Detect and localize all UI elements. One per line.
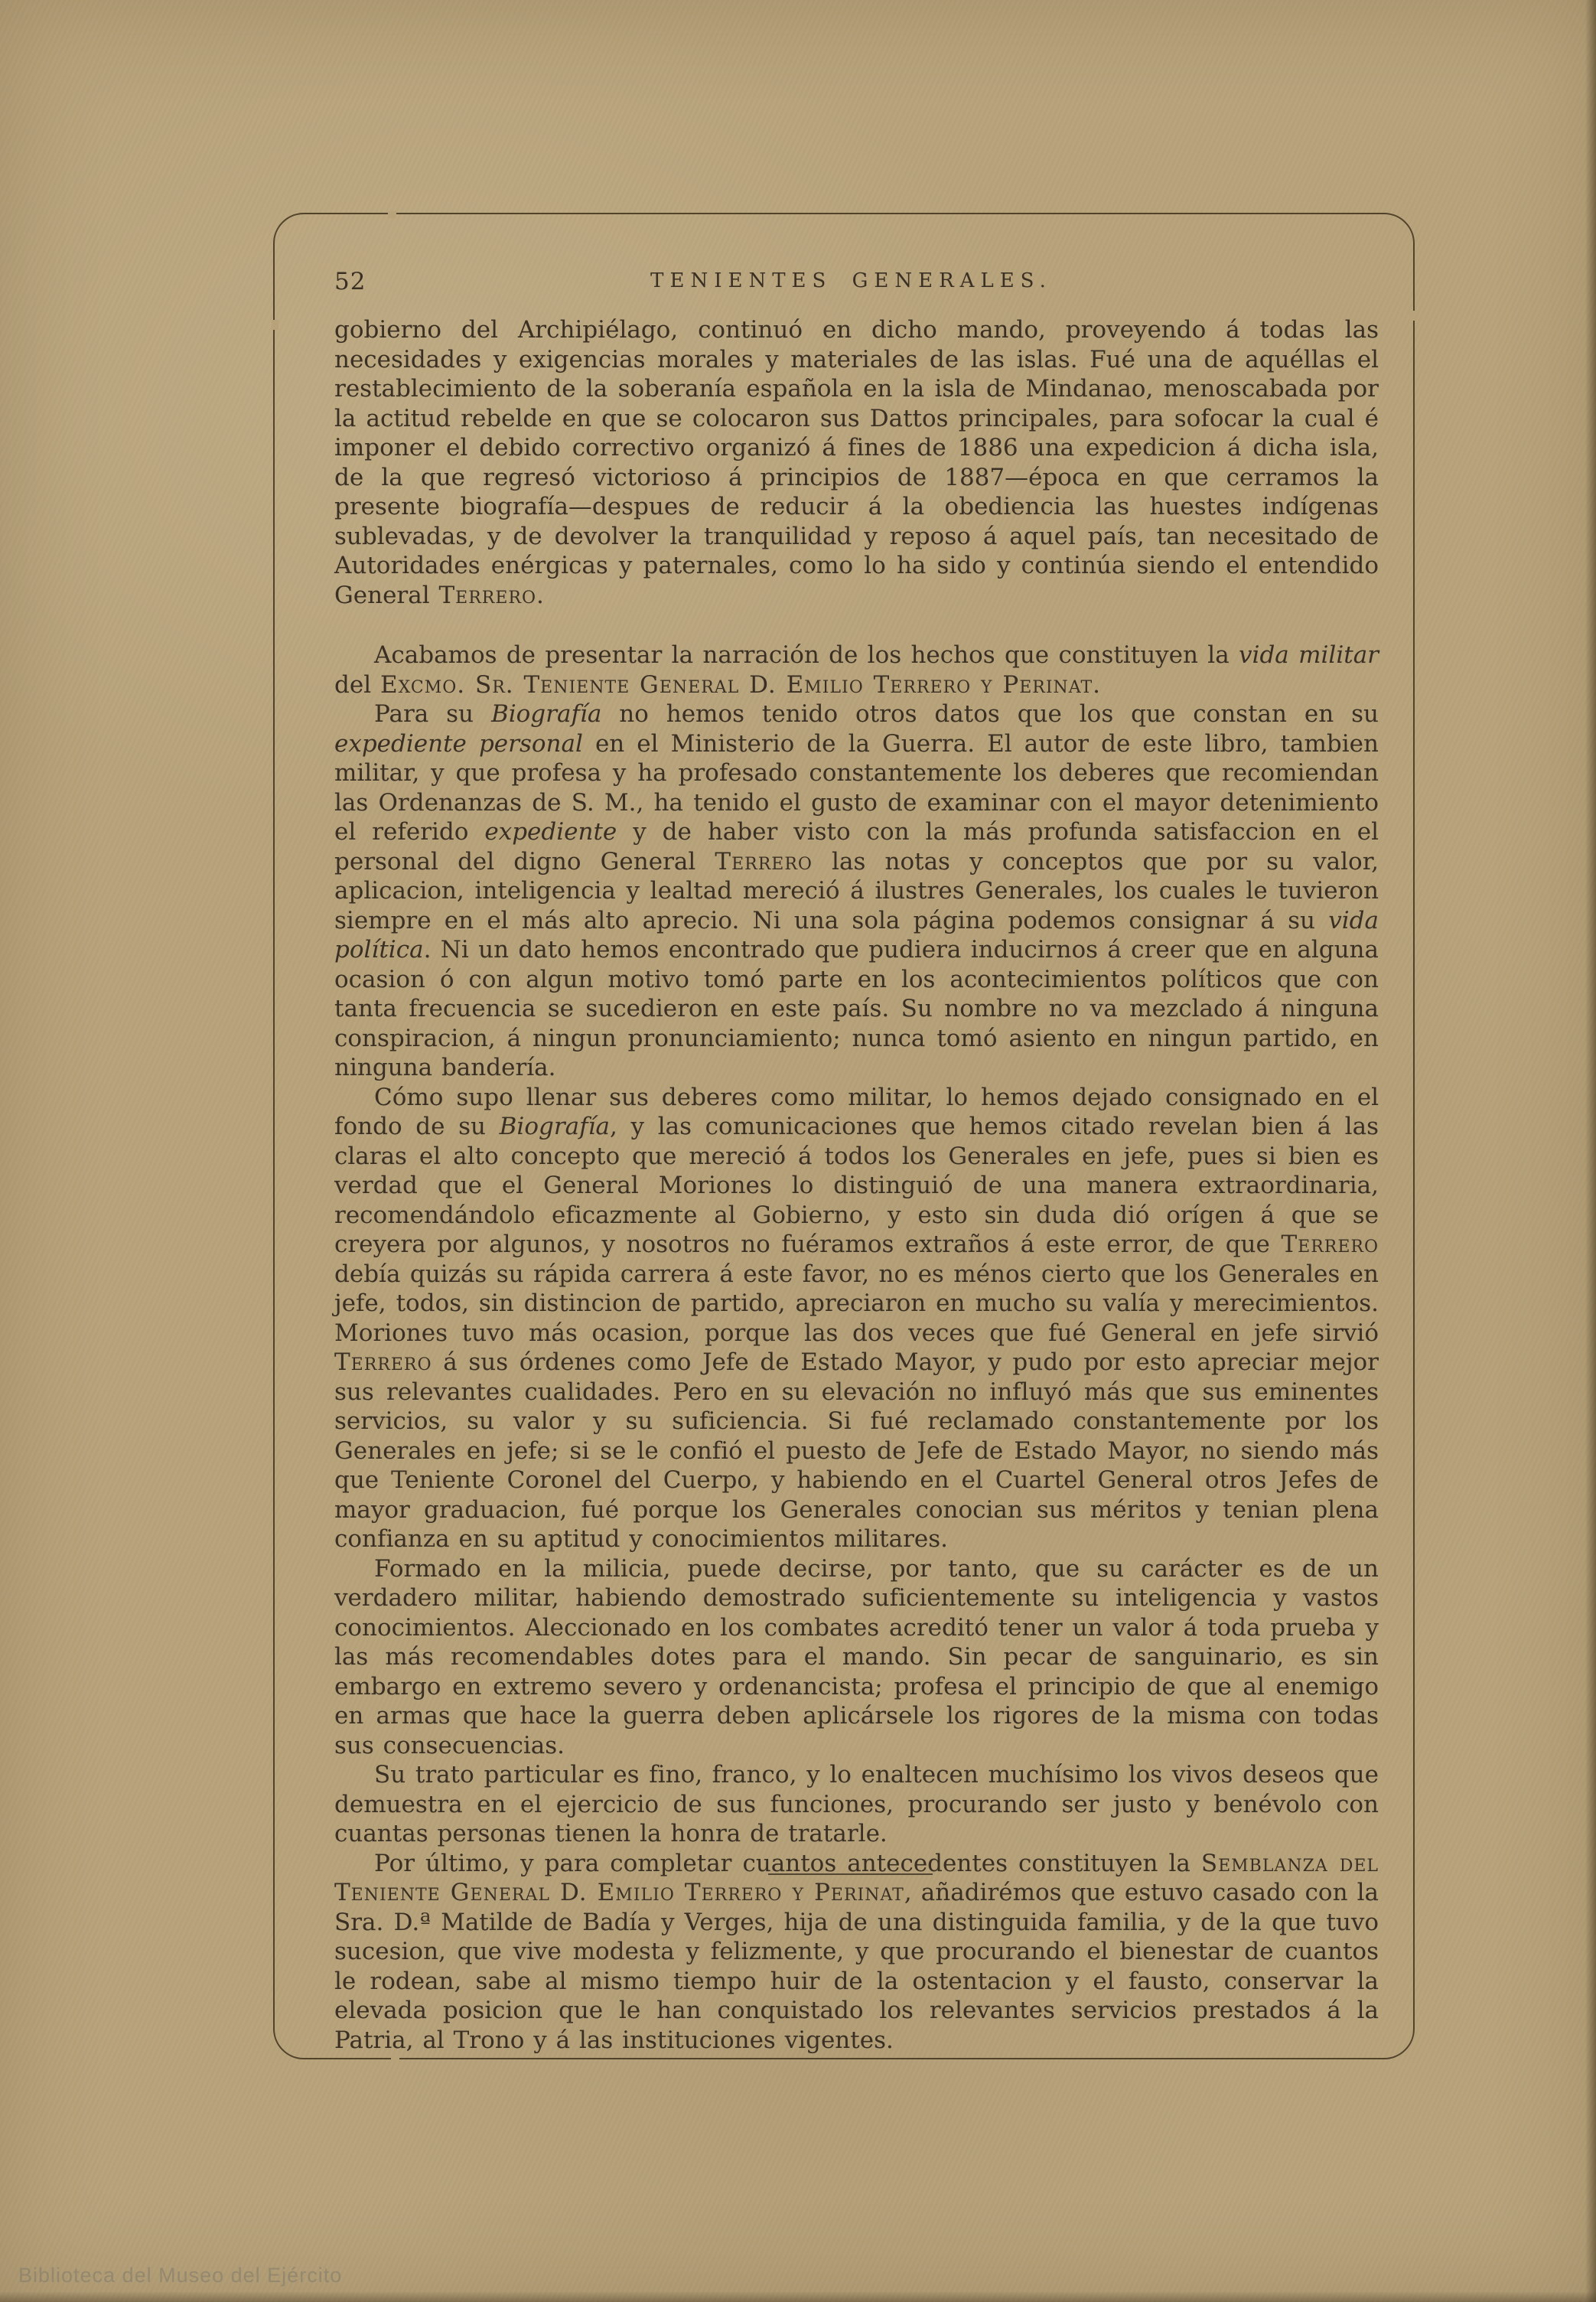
scanned-page: 52 TENIENTES GENERALES. gobierno del Arc… bbox=[0, 0, 1596, 2302]
text-segment: Su trato particular es fino, franco, y l… bbox=[334, 1761, 1379, 1847]
paragraph-7: Por último, y para completar cuantos ant… bbox=[334, 1849, 1379, 2056]
paragraph-5: Formado en la milicia, puede decirse, po… bbox=[334, 1554, 1379, 1761]
text-segment: . Ni un dato hemos encontrado que pudier… bbox=[334, 936, 1379, 1081]
frame-ink-gap bbox=[388, 211, 396, 218]
frame-ink-gap bbox=[272, 320, 278, 330]
end-divider-rule bbox=[768, 1873, 933, 1875]
paragraph-6: Su trato particular es fino, franco, y l… bbox=[334, 1760, 1379, 1849]
text-segment: expediente personal bbox=[334, 730, 583, 758]
text-segment: no hemos tenido otros datos que los que … bbox=[601, 700, 1379, 728]
text-segment: Biografía bbox=[491, 700, 601, 728]
scan-edge-shadow bbox=[0, 2291, 1596, 2302]
text-segment: gobierno del Archipiélago, continuó en d… bbox=[334, 316, 1379, 609]
frame-ink-gap bbox=[391, 2054, 399, 2061]
text-segment: á sus órdenes como Jefe de Estado Mayor,… bbox=[334, 1348, 1379, 1553]
text-segment: Terrero bbox=[439, 582, 537, 609]
text-segment: Para su bbox=[374, 700, 491, 728]
running-head: 52 TENIENTES GENERALES. bbox=[334, 266, 1379, 300]
text-segment: debía quizás su rápida carrera á este fa… bbox=[334, 1260, 1379, 1347]
paragraph-1: gobierno del Archipiélago, continuó en d… bbox=[334, 315, 1379, 610]
text-segment: Acabamos de presentar la narración de lo… bbox=[374, 641, 1239, 669]
paragraph-4: Cómo supo llenar sus deberes como milita… bbox=[334, 1083, 1379, 1554]
text-segment: del bbox=[334, 671, 380, 699]
page-header-title: TENIENTES GENERALES. bbox=[334, 269, 1368, 292]
body-text: gobierno del Archipiélago, continuó en d… bbox=[334, 315, 1379, 2055]
scan-edge-shadow bbox=[1585, 0, 1596, 2302]
text-segment: Formado en la milicia, puede decirse, po… bbox=[334, 1555, 1379, 1759]
text-segment: . bbox=[536, 582, 544, 609]
library-watermark: Biblioteca del Museo del Ejército bbox=[18, 2264, 342, 2287]
text-segment: Excmo. Sr. Teniente General D. Emilio Te… bbox=[380, 671, 1101, 699]
text-segment: Biografía bbox=[500, 1113, 610, 1140]
text-segment: vida militar bbox=[1239, 641, 1379, 669]
frame-ink-gap bbox=[1409, 311, 1416, 321]
paragraph-3: Para su Biografía no hemos tenido otros … bbox=[334, 699, 1379, 1083]
paragraph-2: Acabamos de presentar la narración de lo… bbox=[334, 641, 1379, 699]
text-segment: Terrero bbox=[1281, 1231, 1379, 1258]
text-segment: Terrero bbox=[334, 1348, 432, 1376]
text-segment: expediente bbox=[484, 818, 617, 846]
text-segment: Terrero bbox=[715, 848, 813, 875]
